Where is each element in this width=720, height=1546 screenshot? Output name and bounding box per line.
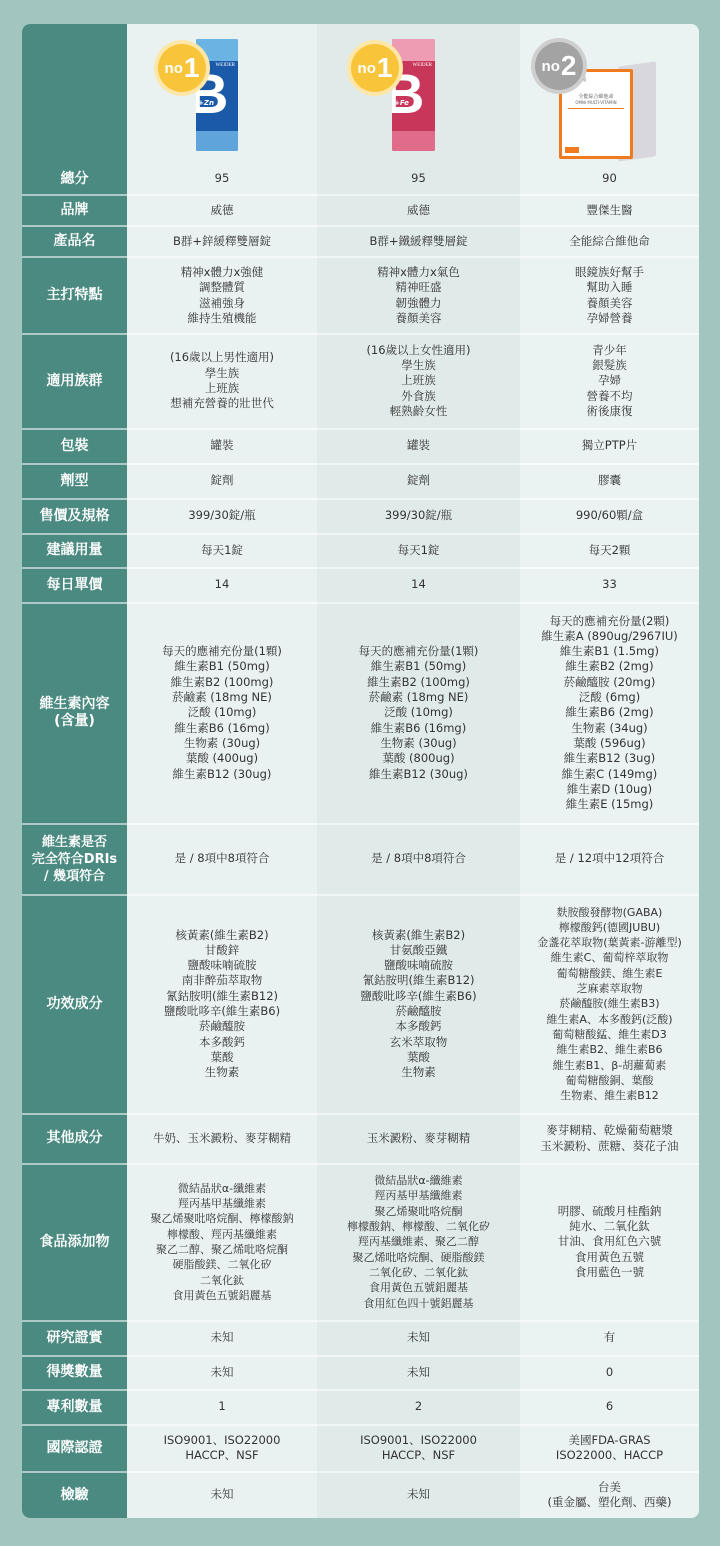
row-label: 食品添加物 bbox=[22, 1164, 127, 1320]
product-2-value: 罐裝 bbox=[317, 429, 520, 463]
product-2-value: 玉米澱粉、麥芽糊精 bbox=[317, 1114, 520, 1163]
product-1-value: 是 / 8項中8項符合 bbox=[127, 824, 317, 894]
product-1-value: 錠劑 bbox=[127, 464, 317, 498]
product-3-value: 全能綜合維他命 bbox=[520, 226, 699, 257]
product-1-value: 核黃素(維生素B2) 甘酸鋅 鹽酸味喃硫胺 南非醉茄萃取物 氰鈷胺明(維生素B1… bbox=[127, 895, 317, 1113]
product-2-box: WEIDER B +Fe bbox=[392, 39, 435, 151]
product-3-value: 990/60顆/盒 bbox=[520, 499, 699, 533]
row-label: 檢驗 bbox=[22, 1472, 127, 1518]
row-label: 建議用量 bbox=[22, 534, 127, 567]
rank-badge-gold: no1 bbox=[351, 44, 399, 92]
product-2-value: 14 bbox=[317, 568, 520, 602]
product-3-value: 美國FDA-GRAS ISO22000、HACCP bbox=[520, 1425, 699, 1471]
product-1-value: 每天1錠 bbox=[127, 534, 317, 567]
table-row-key-features: 主打特點 精神x體力x強健 調整體質 滋補強身 維持生殖機能 精神x體力x氣色 … bbox=[22, 257, 699, 334]
product-2-value: 2 bbox=[317, 1390, 520, 1424]
table-row-product-name: 產品名 B群+鋅緩釋雙層錠 B群+鐵緩釋雙層錠 全能綜合維他命 bbox=[22, 226, 699, 257]
product-3-value: 90 bbox=[520, 163, 699, 195]
table-row-target-groups: 適用族群 (16歲以上男性適用) 學生族 上班族 想補充營養的壯世代 (16歲以… bbox=[22, 334, 699, 428]
product-1-value: 威德 bbox=[127, 195, 317, 226]
product-3-value: 每天的應補充份量(2顆) 維生素A (890ug/2967IU) 維生素B1 (… bbox=[520, 603, 699, 823]
row-label: 其他成分 bbox=[22, 1114, 127, 1163]
product-1-value: B群+鋅緩釋雙層錠 bbox=[127, 226, 317, 257]
product-1-value: 未知 bbox=[127, 1321, 317, 1355]
table-row-suggested-dose: 建議用量 每天1錠 每天1錠 每天2顆 bbox=[22, 534, 699, 567]
rank-badge-gold: no1 bbox=[158, 44, 206, 92]
product-3-value: 獨立PTP片 bbox=[520, 429, 699, 463]
badge-prefix: no bbox=[358, 60, 376, 77]
badge-rank: 2 bbox=[561, 50, 577, 82]
product-1-value: 14 bbox=[127, 568, 317, 602]
product-2-value: 95 bbox=[317, 163, 520, 195]
product-images-row: WEIDER B +Zn no1 WEIDER B +Fe no1 bbox=[22, 24, 699, 163]
row-label: 產品名 bbox=[22, 226, 127, 257]
product-3-value: 6 bbox=[520, 1390, 699, 1424]
product-2-value: 微結晶狀α-纖維素 羥丙基甲基纖維素 聚乙烯聚吡咯烷酮 檸檬酸鈉、檸檬酸、二氧化… bbox=[317, 1164, 520, 1320]
row-label: 適用族群 bbox=[22, 334, 127, 428]
box-sub: +Fe bbox=[394, 99, 409, 107]
box-sub: +Zn bbox=[198, 99, 214, 107]
product-2-value: ISO9001、ISO22000 HACCP、NSF bbox=[317, 1425, 520, 1471]
product-2-value: 錠劑 bbox=[317, 464, 520, 498]
product-2-value: (16歲以上女性適用) 學生族 上班族 外食族 輕熟齡女性 bbox=[317, 334, 520, 428]
row-label: 國際認證 bbox=[22, 1425, 127, 1471]
product-3-value: 青少年 銀髮族 孕婦 營養不均 術後康復 bbox=[520, 334, 699, 428]
table-row-packaging: 包裝 罐裝 罐裝 獨立PTP片 bbox=[22, 429, 699, 463]
row-label: 包裝 bbox=[22, 429, 127, 463]
badge-rank: 1 bbox=[377, 52, 393, 84]
product-1-value: ISO9001、ISO22000 HACCP、NSF bbox=[127, 1425, 317, 1471]
product-2-value: 未知 bbox=[317, 1321, 520, 1355]
product-3-image: 豐傑生醫 全能綜合維他命 OMNI MULTI-VITAMIN no2 bbox=[520, 39, 699, 159]
table-row-active-ingredients: 功效成分 核黃素(維生素B2) 甘酸鋅 鹽酸味喃硫胺 南非醉茄萃取物 氰鈷胺明(… bbox=[22, 895, 699, 1113]
row-label: 每日單價 bbox=[22, 568, 127, 602]
badge-rank: 1 bbox=[184, 52, 200, 84]
product-2-value: 核黃素(維生素B2) 甘氨酸亞鐵 鹽酸味喃硫胺 氰鈷胺明(維生素B12) 鹽酸吡… bbox=[317, 895, 520, 1113]
product-2-value: 未知 bbox=[317, 1472, 520, 1518]
product-2-value: 每天1錠 bbox=[317, 534, 520, 567]
product-2-value: 是 / 8項中8項符合 bbox=[317, 824, 520, 894]
table-row-patents: 專利數量 1 2 6 bbox=[22, 1390, 699, 1424]
table-row-brand: 品牌 威德 威德 豐傑生醫 bbox=[22, 195, 699, 226]
product-2-value: 399/30錠/瓶 bbox=[317, 499, 520, 533]
product-1-value: (16歲以上男性適用) 學生族 上班族 想補充營養的壯世代 bbox=[127, 334, 317, 428]
product-1-value: 每天的應補充份量(1顆) 維生素B1 (50mg) 維生素B2 (100mg) … bbox=[127, 603, 317, 823]
badge-prefix: no bbox=[165, 60, 183, 77]
table-row-research: 研究證實 未知 未知 有 bbox=[22, 1321, 699, 1355]
product-3-value: 0 bbox=[520, 1356, 699, 1389]
row-label: 專利數量 bbox=[22, 1390, 127, 1424]
product-1-value: 牛奶、玉米澱粉、麥芽糊精 bbox=[127, 1114, 317, 1163]
table-row-testing: 檢驗 未知 未知 台美 (重金屬、塑化劑、西藥) bbox=[22, 1472, 699, 1518]
product-3-value: 台美 (重金屬、塑化劑、西藥) bbox=[520, 1472, 699, 1518]
badge-prefix: no bbox=[542, 58, 560, 75]
product-2-value: 每天的應補充份量(1顆) 維生素B1 (50mg) 維生素B2 (100mg) … bbox=[317, 603, 520, 823]
table-row-dri-compliance: 維生素是否 完全符合DRIs / 幾項符合 是 / 8項中8項符合 是 / 8項… bbox=[22, 824, 699, 894]
table-row-vitamin-content: 維生素內容 (含量) 每天的應補充份量(1顆) 維生素B1 (50mg) 維生素… bbox=[22, 603, 699, 823]
row-label: 功效成分 bbox=[22, 895, 127, 1113]
row-label: 維生素是否 完全符合DRIs / 幾項符合 bbox=[22, 824, 127, 894]
product-1-value: 未知 bbox=[127, 1472, 317, 1518]
rank-badge-silver: no2 bbox=[535, 42, 583, 90]
box-sub: OMNI MULTI-VITAMIN bbox=[562, 100, 630, 105]
comparison-table: WEIDER B +Zn no1 WEIDER B +Fe no1 bbox=[22, 24, 699, 1518]
box-letter: B bbox=[392, 68, 435, 120]
row-label: 得獎數量 bbox=[22, 1356, 127, 1389]
row-label: 總分 bbox=[22, 163, 127, 195]
product-3-value: 眼鏡族好幫手 幫助入睡 養顏美容 孕婦營養 bbox=[520, 257, 699, 334]
product-2-image: WEIDER B +Fe no1 bbox=[317, 39, 520, 159]
row-label: 劑型 bbox=[22, 464, 127, 498]
product-3-value: 麩胺酸發酵物(GABA) 檸檬酸鈣(德國JUBU) 金盞花萃取物(葉黃素-游離型… bbox=[520, 895, 699, 1113]
product-2-value: 精神x體力x氣色 精神旺盛 韌強體力 養顏美容 bbox=[317, 257, 520, 334]
row-label: 售價及規格 bbox=[22, 499, 127, 533]
product-3-value: 有 bbox=[520, 1321, 699, 1355]
table-row-total-score: 總分 95 95 90 bbox=[22, 163, 699, 195]
product-1-value: 精神x體力x強健 調整體質 滋補強身 維持生殖機能 bbox=[127, 257, 317, 334]
product-3-value: 麥芽糊精、乾燥葡萄糖漿 玉米澱粉、蔗糖、葵花子油 bbox=[520, 1114, 699, 1163]
table-row-certifications: 國際認證 ISO9001、ISO22000 HACCP、NSF ISO9001、… bbox=[22, 1425, 699, 1471]
table-row-food-additives: 食品添加物 微結晶狀α-纖維素 羥丙基甲基纖維素 聚乙烯聚吡咯烷酮、檸檬酸鈉 檸… bbox=[22, 1164, 699, 1320]
row-label: 主打特點 bbox=[22, 257, 127, 334]
table-row-awards: 得獎數量 未知 未知 0 bbox=[22, 1356, 699, 1389]
product-1-value: 399/30錠/瓶 bbox=[127, 499, 317, 533]
product-1-image: WEIDER B +Zn no1 bbox=[127, 39, 317, 159]
product-3-value: 是 / 12項中12項符合 bbox=[520, 824, 699, 894]
product-3-value: 膠囊 bbox=[520, 464, 699, 498]
product-1-value: 未知 bbox=[127, 1356, 317, 1389]
box-title: 全能綜合維他命 bbox=[562, 93, 630, 100]
table-row-dosage-form: 劑型 錠劑 錠劑 膠囊 bbox=[22, 464, 699, 498]
product-3-value: 每天2顆 bbox=[520, 534, 699, 567]
table-row-daily-cost: 每日單價 14 14 33 bbox=[22, 568, 699, 602]
product-3-value: 33 bbox=[520, 568, 699, 602]
product-1-value: 95 bbox=[127, 163, 317, 195]
table-row-other-ingredients: 其他成分 牛奶、玉米澱粉、麥芽糊精 玉米澱粉、麥芽糊精 麥芽糊精、乾燥葡萄糖漿 … bbox=[22, 1114, 699, 1163]
product-1-value: 微結晶狀α-纖維素 羥丙基甲基纖維素 聚乙烯聚吡咯烷酮、檸檬酸鈉 檸檬酸、羥丙基… bbox=[127, 1164, 317, 1320]
row-label: 維生素內容 (含量) bbox=[22, 603, 127, 823]
product-1-value: 1 bbox=[127, 1390, 317, 1424]
product-2-value: 未知 bbox=[317, 1356, 520, 1389]
product-2-value: 威德 bbox=[317, 195, 520, 226]
product-2-value: B群+鐵緩釋雙層錠 bbox=[317, 226, 520, 257]
row-label: 品牌 bbox=[22, 195, 127, 226]
table-row-price: 售價及規格 399/30錠/瓶 399/30錠/瓶 990/60顆/盒 bbox=[22, 499, 699, 533]
product-1-value: 罐裝 bbox=[127, 429, 317, 463]
product-3-value: 豐傑生醫 bbox=[520, 195, 699, 226]
row-label: 研究證實 bbox=[22, 1321, 127, 1355]
product-3-value: 明膠、硫酸月桂酯鈉 純水、二氧化鈦 甘油、食用紅色六號 食用黃色五號 食用藍色一… bbox=[520, 1164, 699, 1320]
